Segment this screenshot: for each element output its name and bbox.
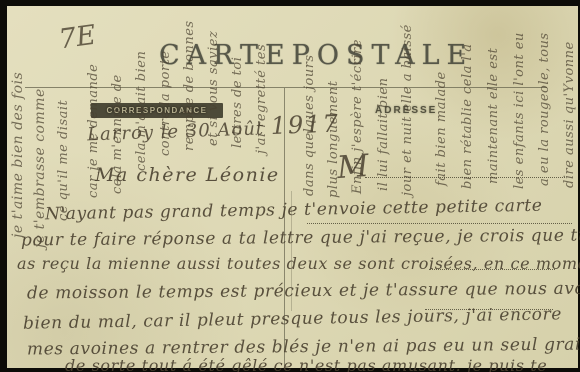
corner-mark: 7E bbox=[57, 22, 97, 54]
title-word-carte: CARTE bbox=[159, 42, 292, 69]
vertical-note: je t'aime bien des fois bbox=[11, 72, 25, 238]
vertical-note: dans quelques jours bbox=[303, 54, 316, 196]
vertical-note: cela m'ennuie de bbox=[111, 74, 124, 194]
body-line: de sorte tout á été gêlé ce n'est pas am… bbox=[65, 358, 547, 372]
vertical-note: contre la porte bbox=[159, 50, 172, 156]
body-line: as reçu la mienne aussi toutes deux se s… bbox=[17, 256, 580, 272]
printed-title: CARTE POSTALE bbox=[159, 42, 425, 69]
vertical-note: il lui fallait bien bbox=[377, 78, 390, 191]
vertical-note: maintenant elle est bbox=[487, 48, 500, 184]
vertical-note: remplie de bonnes bbox=[183, 20, 196, 151]
vertical-note: car je me demande bbox=[87, 64, 100, 198]
postcard-photo: CARTE POSTALE CORRESPONDANCE ADRESSE 7E … bbox=[0, 0, 580, 372]
vertical-note: j'ai regretté tes bbox=[255, 44, 268, 154]
vertical-note: ce qu'il me disait bbox=[57, 100, 70, 221]
vertical-note: Enfin j'espère t'écrire bbox=[351, 39, 364, 194]
vertical-note: jour et nuit elle a baissé bbox=[401, 24, 414, 196]
body-line: pour te faire réponse a ta lettre que j'… bbox=[21, 228, 580, 250]
body-line: bien du mal, car il pleut presque tous l… bbox=[23, 306, 562, 332]
body-line: N'ayant pas grand temps je t'envoie cett… bbox=[45, 198, 543, 224]
body-line: de moisson le temps est précieux et je t… bbox=[27, 280, 580, 302]
vertical-note: plus longuement bbox=[327, 80, 340, 198]
vertical-note: les enfants ici l'ont eu bbox=[513, 32, 526, 189]
title-word-postale: POSTALE bbox=[292, 42, 473, 69]
vertical-note: dire aussi qu'Yvonne bbox=[563, 41, 576, 188]
vertical-note: fait bien malade bbox=[435, 71, 448, 186]
vertical-note: lettres de toi bbox=[231, 57, 244, 148]
vertical-note: a eu la rougeole, tous bbox=[538, 32, 551, 186]
vertical-note: et si vous saviez bbox=[207, 31, 220, 146]
address-dotted-line bbox=[307, 223, 572, 224]
vertical-note: cela m'avait bien bbox=[135, 51, 148, 171]
postcard: CARTE POSTALE CORRESPONDANCE ADRESSE 7E … bbox=[7, 6, 578, 368]
vertical-note: bien rétablie cela l'a bbox=[461, 43, 474, 189]
vertical-note: je t'embrasse comme bbox=[33, 88, 47, 248]
